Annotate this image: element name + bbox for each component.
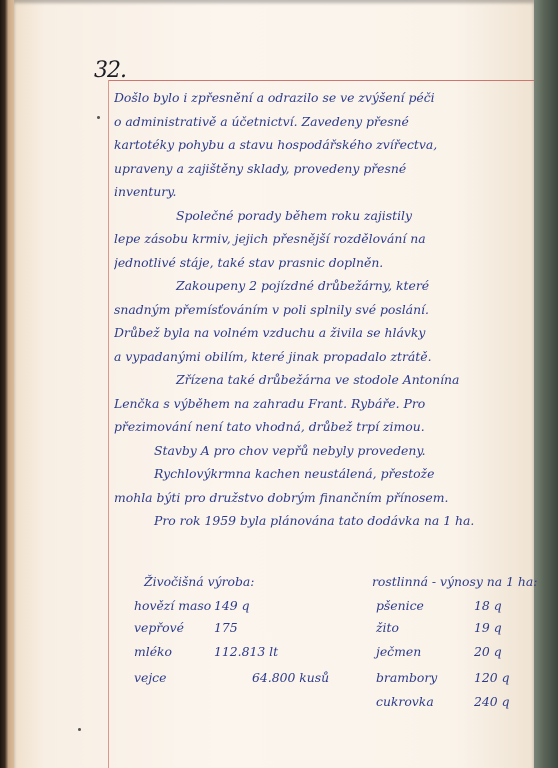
text-line: lepe zásobu krmiv, jejich přesnější rozd… <box>114 227 534 251</box>
plant-item-value: 240 q <box>474 694 510 716</box>
text-line: Drůbež byla na volném vzduchu a živila s… <box>114 321 534 345</box>
plant-item-name: pšenice <box>376 598 424 620</box>
animal-production-heading: Živočišná výroba: <box>144 574 254 589</box>
paper-speck <box>97 116 100 119</box>
plant-item-name: cukrovka <box>376 694 434 716</box>
animal-item-value: 112.813 lt <box>214 644 278 666</box>
plant-item-value: 120 q <box>474 670 510 692</box>
plant-item-value: 18 q <box>474 598 502 620</box>
animal-item-value: 175 <box>214 620 238 642</box>
text-line: Stavby A pro chov vepřů nebyly provedeny… <box>114 439 534 463</box>
animal-item-name: vejce <box>134 670 166 692</box>
animal-item-value: 149 q <box>214 598 250 620</box>
plant-item-value: 19 q <box>474 620 502 642</box>
book-spine-edge <box>0 0 14 768</box>
text-line: Zřízena také drůbežárna ve stodole Anton… <box>114 368 534 392</box>
book-page-edge <box>534 0 558 768</box>
text-line: Došlo bylo i zpřesnění a odrazilo se ve … <box>114 86 534 110</box>
plant-production-heading: rostlinná - výnosy na 1 ha: <box>372 574 537 589</box>
text-line: Lenčka s výběhem na zahradu Frant. Rybář… <box>114 392 534 416</box>
text-line: inventury. <box>114 180 534 204</box>
text-line: jednotlivé stáje, také stav prasnic dopl… <box>114 251 534 275</box>
text-line: přezimování není tato vhodná, drůbež trp… <box>114 415 534 439</box>
animal-item-name: hovězí maso <box>134 598 211 620</box>
text-line: snadným přemísťováním v poli splnily své… <box>114 298 534 322</box>
text-line: Zakoupeny 2 pojízdné drůbežárny, které <box>114 274 534 298</box>
text-line: a vypadanými obilím, které jinak propada… <box>114 345 534 369</box>
handwritten-text-body: Došlo bylo i zpřesnění a odrazilo se ve … <box>114 86 534 533</box>
animal-item-name: vepřové <box>134 620 184 642</box>
text-line: Společné porady během roku zajistily <box>114 204 534 228</box>
margin-line-left <box>108 80 109 768</box>
paper-speck <box>78 728 81 731</box>
text-line: Pro rok 1959 byla plánována tato dodávka… <box>114 509 534 533</box>
margin-line-top <box>108 80 534 81</box>
text-line: mohla býti pro družstvo dobrým finančním… <box>114 486 534 510</box>
text-line: kartotéky pohybu a stavu hospodářského z… <box>114 133 534 157</box>
text-line: o administrativě a účetnictví. Zavedeny … <box>114 110 534 134</box>
text-line: upraveny a zajištěny sklady, provedeny p… <box>114 157 534 181</box>
animal-item-value: 64.800 kusů <box>252 670 329 692</box>
plant-item-name: brambory <box>376 670 437 692</box>
plant-item-name: ječmen <box>376 644 421 666</box>
plant-item-value: 20 q <box>474 644 502 666</box>
animal-item-name: mléko <box>134 644 172 666</box>
text-line: Rychlovýkrmna kachen neustálená, přestož… <box>114 462 534 486</box>
plant-item-name: žito <box>376 620 399 642</box>
